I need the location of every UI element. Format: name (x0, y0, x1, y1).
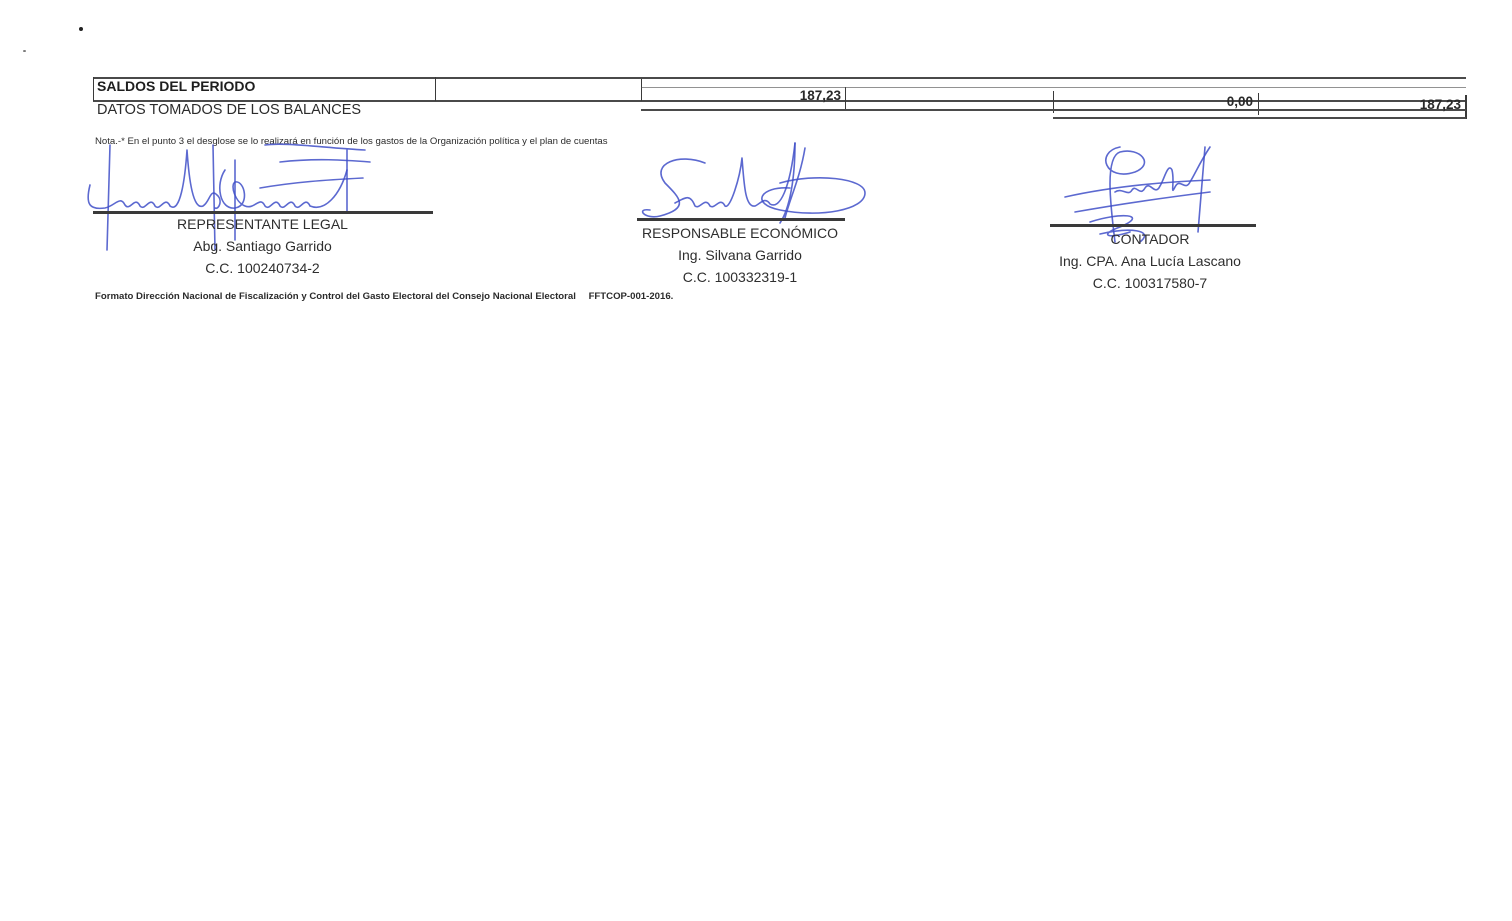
signatory-role: REPRESENTANTE LEGAL (160, 213, 365, 235)
col-divider (435, 77, 436, 101)
signatory-name: Ing. CPA. Ana Lucía Lascano (1040, 250, 1260, 272)
signatory-block: REPRESENTANTE LEGAL Abg. Santiago Garrid… (160, 213, 365, 279)
signatory-id: C.C. 100240734-2 (160, 257, 365, 279)
table-border-top (93, 77, 1466, 79)
scan-speck (23, 50, 26, 52)
cell-value: 187,23 (1268, 97, 1461, 112)
form-footer: Formato Dirección Nacional de Fiscalizac… (95, 291, 673, 302)
signatory-name: Abg. Santiago Garrido (160, 235, 365, 257)
signature-line (1050, 224, 1256, 227)
signature-responsable-economico (630, 138, 880, 228)
signature-line (637, 218, 845, 221)
source-note: DATOS TOMADOS DE LOS BALANCES (97, 102, 361, 118)
footer-text: Formato Dirección Nacional de Fiscalizac… (95, 291, 576, 302)
scan-speck (79, 27, 83, 31)
row-label-saldos: SALDOS DEL PERIODO (97, 78, 255, 94)
col-divider (641, 79, 642, 101)
signatory-role: RESPONSABLE ECONÓMICO (630, 222, 850, 244)
signatory-block: CONTADOR Ing. CPA. Ana Lucía Lascano C.C… (1040, 228, 1260, 294)
table-border-left (93, 77, 94, 101)
col-divider (845, 87, 846, 109)
signatory-block: RESPONSABLE ECONÓMICO Ing. Silvana Garri… (630, 222, 850, 288)
cell-value: 187,23 (653, 88, 841, 103)
signatory-id: C.C. 100317580-7 (1040, 272, 1260, 294)
table-row-border (1053, 117, 1466, 119)
signatory-role: CONTADOR (1040, 228, 1260, 250)
table-border-right (1465, 95, 1467, 119)
col-divider (1258, 93, 1259, 115)
signatory-id: C.C. 100332319-1 (630, 266, 850, 288)
form-code: FFTCOP-001-2016. (589, 291, 674, 302)
cell-value: 0,00 (1063, 94, 1253, 109)
signatory-name: Ing. Silvana Garrido (630, 244, 850, 266)
